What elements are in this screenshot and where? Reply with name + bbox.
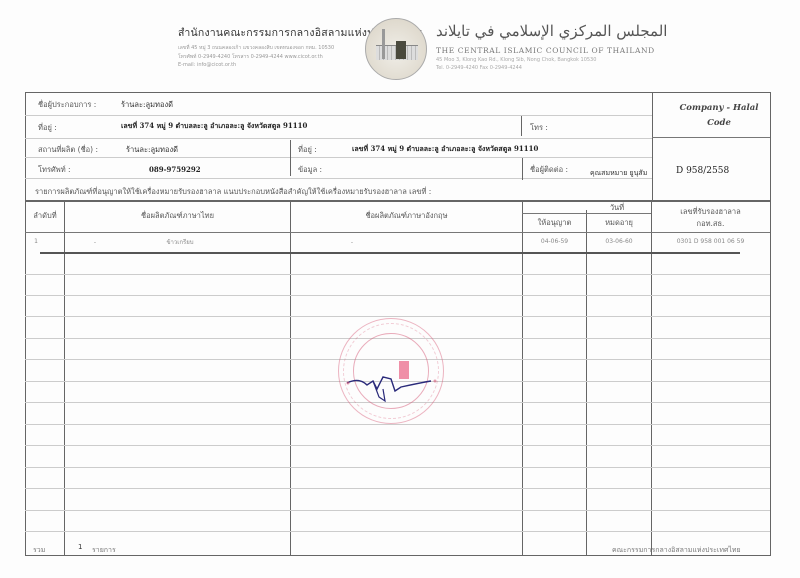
phone-value: 089-9759292 (149, 165, 201, 174)
official-seal-stamp (338, 318, 444, 424)
factory-address-label: ที่อยู่ : (298, 144, 317, 156)
col-header-date-issued: ให้อนุญาต (523, 217, 586, 229)
org-name-english: THE CENTRAL ISLAMIC COUNCIL OF THAILAND (436, 46, 655, 55)
org-address-english-line-2: Tel. 0-2949-4240 Fax 0-2949-4244 (436, 65, 522, 71)
cell-cert-no: 0301 D 958 001 06 59 (652, 238, 769, 245)
factory-address-value: เลขที่ 374 หมู่ 9 ตำบลละ:ลู อำเภอละ:ลู จ… (352, 144, 538, 155)
halal-code-value: D 958/2558 (676, 166, 729, 176)
contact-label: ชื่อผู้ติดต่อ : (530, 164, 568, 176)
org-address-thai-line-2: โทรศัพท์ 0-2949-4240 โทรสาร 0-2949-4244 … (178, 53, 323, 61)
col-header-name-en: ชื่อผลิตภัณฑ์ภาษาอังกฤษ (291, 210, 522, 222)
cell-date-expire: 03-06-60 (587, 238, 651, 245)
org-address-thai-line-3: E-mail: info@cicot.or.th (178, 62, 236, 68)
phone-right-label: โทร : (530, 122, 548, 134)
fax-label: ข้อมูล : (298, 164, 322, 176)
org-name-arabic: المجلس المركزي الإسلامي في تايلاند (436, 22, 667, 40)
org-address-thai-line-1: เลขที่ 45 หมู่ 3 ถนนคลองเก้า แขวงคลองสิบ… (178, 44, 334, 52)
address-label: ที่อยู่ : (38, 122, 57, 134)
halal-code-header-line-2: Code (653, 118, 785, 128)
count-label: รวม (33, 545, 45, 556)
col-header-name-th: ชื่อผลิตภัณฑ์ภาษาไทย (65, 210, 290, 222)
halal-code-header-line-1: Company - Halal (653, 103, 785, 113)
col-header-no: ลำดับที่ (26, 210, 64, 222)
cell-name-th-prefix: - (90, 239, 100, 246)
org-sign-line: คณะกรรมการกลางอิสลามแห่งประเทศไทย (612, 545, 741, 556)
cell-name-th: ข้าวเกรียบ (150, 237, 210, 247)
factory-value: ร้านละ:ลูมทองดี (126, 144, 178, 156)
org-address-english-line-1: 45 Moo 3, Klong Kao Rd., Klong Sib, Nong… (436, 57, 596, 63)
col-header-cert-no-line-2: กอท.สธ. (652, 218, 769, 230)
cell-no: 1 (26, 238, 46, 245)
col-header-date-expire: หมดอายุ (587, 217, 651, 229)
count-unit: รายการ (92, 545, 116, 556)
islamic-council-logo-icon (365, 18, 427, 80)
cell-name-en: - (291, 239, 413, 246)
phone-label: โทรศัพท์ : (38, 164, 71, 176)
count-value: 1 (78, 543, 82, 551)
cell-date-issued: 04-06-59 (523, 238, 586, 245)
signature-icon (339, 319, 443, 423)
contact-value: คุณสมหมาย ยูนุสัม (590, 168, 647, 179)
factory-label: สถานที่ผลิต (ชื่อ) : (38, 144, 98, 156)
operator-label: ชื่อผู้ประกอบการ : (38, 99, 96, 111)
address-value: เลขที่ 374 หมู่ 9 ตำบลละ:ลู อำเภอละ:ลู จ… (121, 121, 307, 132)
col-header-cert-no-line-1: เลขที่รับรองฮาลาล (652, 206, 769, 218)
col-header-date-group: วันที่ (523, 202, 651, 214)
operator-value: ร้านละ:ลูมทองดี (121, 99, 173, 111)
products-intro: รายการผลิตภัณฑ์ที่อนุญาตให้ใช้เครื่องหมา… (35, 186, 431, 198)
